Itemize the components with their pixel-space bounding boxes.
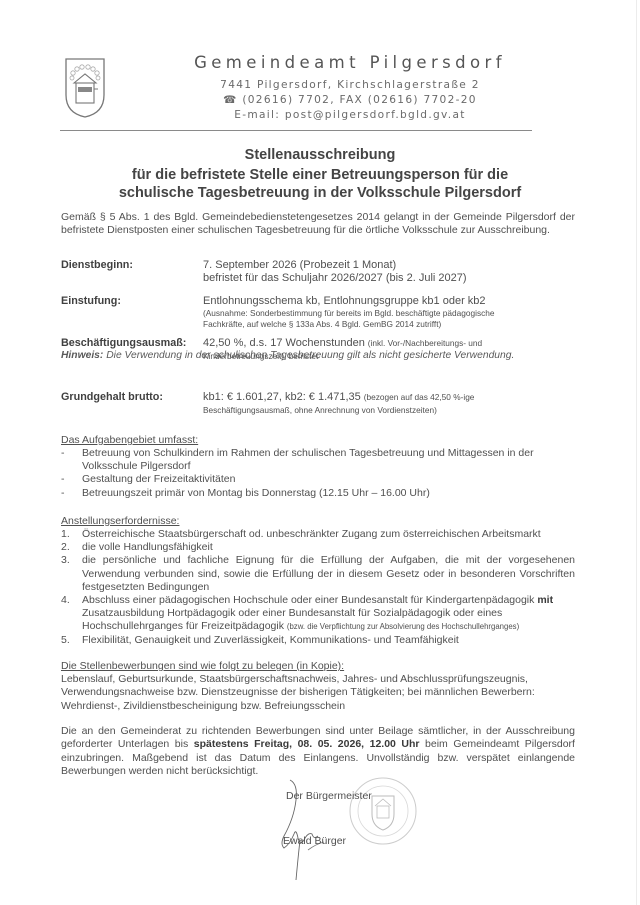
document-title: Stellenausschreibung [60, 147, 580, 163]
requirement-text: Abschluss einer pädagogischen Hochschule… [82, 594, 534, 606]
tasks-heading: Das Aufgabengebiet umfasst: [61, 434, 198, 446]
start-label: Dienstbeginn: [61, 259, 133, 272]
dash-bullet: - [61, 487, 65, 500]
subtitle-line-2: schulische Tagesbetreuung in der Volkssc… [60, 184, 580, 202]
requirement-item: 2.die volle Handlungsfähigkeit [61, 541, 575, 554]
salary-label: Grundgehalt brutto: [61, 391, 163, 404]
requirement-item: 5.Flexibilität, Genauigkeit und Zuverläs… [61, 634, 575, 647]
requirement-number: 2. [61, 541, 70, 554]
phone-icon: ☎ [223, 94, 238, 106]
requirements-heading: Anstellungserfordernisse: [61, 515, 179, 527]
letterhead-email[interactable]: E-mail: post@pilgersdorf.bgld.gv.at [150, 109, 550, 121]
requirement-emphasis: mit [537, 594, 553, 606]
documents-text: Lebenslauf, Geburtsurkunde, Staatsbürger… [61, 673, 575, 713]
requirement-number: 3. [61, 554, 70, 567]
requirement-item: 4.Abschluss einer pädagogischen Hochschu… [61, 594, 575, 634]
documents-heading: Die Stellenbewerbungen sind wie folgt zu… [61, 660, 344, 672]
submission-paragraph: Die an den Gemeinderat zu richtenden Bew… [61, 725, 575, 779]
grade-label: Einstufung: [61, 295, 121, 308]
signature-role: Der Bürgermeister [286, 790, 372, 802]
phone-number: (02616) 7702, FAX (02616) 7702-20 [242, 94, 477, 106]
requirement-text: Flexibilität, Genauigkeit und Zuverlässi… [82, 634, 459, 646]
requirement-number: 1. [61, 528, 70, 541]
hint-label: Hinweis: [61, 350, 103, 361]
hint-note: Hinweis: Die Verwendung in der schulisch… [61, 350, 514, 361]
grade-main: Entlohnungsschema kb, Entlohnungsgruppe … [203, 295, 575, 308]
start-value: 7. September 2026 (Probezeit 1 Monat) be… [203, 259, 575, 285]
submission-deadline: spätestens Freitag, 08. 05. 2026, 12.00 … [194, 738, 420, 750]
start-line-2: befristet für das Schuljahr 2026/2027 (b… [203, 272, 575, 285]
task-item: -Betreuung von Schulkindern im Rahmen de… [61, 447, 575, 473]
requirements-list: 1.Österreichische Staatsbürgerschaft od.… [61, 528, 575, 647]
dash-bullet: - [61, 447, 65, 460]
requirement-number: 5. [61, 634, 70, 647]
letterhead-phone: ☎ (02616) 7702, FAX (02616) 7702-20 [150, 94, 550, 106]
grade-value: Entlohnungsschema kb, Entlohnungsgruppe … [203, 295, 575, 330]
requirement-number: 4. [61, 594, 70, 607]
requirement-item: 1.Österreichische Staatsbürgerschaft od.… [61, 528, 575, 541]
official-seal-stamp-icon [348, 776, 418, 846]
requirement-text: die persönliche und fachliche Eignung fü… [82, 554, 575, 592]
dash-bullet: - [61, 473, 65, 486]
task-text: Gestaltung der Freizeitaktivitäten [82, 473, 236, 485]
signature-name: Ewald Bürger [283, 835, 346, 847]
task-text: Betreuung von Schulkindern im Rahmen der… [82, 447, 534, 472]
hint-text: Die Verwendung in der schulischen Tagesb… [106, 350, 514, 361]
tasks-list: -Betreuung von Schulkindern im Rahmen de… [61, 447, 575, 500]
requirement-text: Österreichische Staatsbürgerschaft od. u… [82, 528, 541, 540]
grade-note: (Ausnahme: Sonderbestimmung für bereits … [203, 308, 503, 330]
subtitle-line-1: für die befristete Stelle einer Betreuun… [60, 166, 580, 184]
salary-main: kb1: € 1.601,27, kb2: € 1.471,35 [203, 391, 361, 403]
task-text: Betreuungszeit primär von Montag bis Don… [82, 487, 430, 499]
letterhead-address: 7441 Pilgersdorf, Kirchschlagerstraße 2 [150, 79, 550, 91]
extent-label: Beschäftigungsausmaß: [61, 337, 186, 350]
intro-paragraph: Gemäß § 5 Abs. 1 des Bgld. Gemeindebedie… [61, 211, 575, 238]
task-item: -Gestaltung der Freizeitaktivitäten [61, 473, 575, 486]
municipal-coat-of-arms-icon [64, 57, 106, 119]
extent-main: 42,50 %, d.s. 17 Wochenstunden [203, 337, 365, 349]
start-line-1: 7. September 2026 (Probezeit 1 Monat) [203, 259, 575, 272]
document-subtitle: für die befristete Stelle einer Betreuun… [60, 166, 580, 202]
requirement-item: 3.die persönliche und fachliche Eignung … [61, 554, 575, 594]
page-edge [636, 0, 637, 905]
letterhead-title: Gemeindeamt Pilgersdorf [150, 53, 550, 72]
requirement-text: die volle Handlungsfähigkeit [82, 541, 213, 553]
requirement-note: (bzw. die Verpflichtung zur Absolvierung… [287, 622, 519, 631]
header-divider [60, 130, 532, 131]
task-item: -Betreuungszeit primär von Montag bis Do… [61, 487, 575, 500]
salary-value: kb1: € 1.601,27, kb2: € 1.471,35 (bezoge… [203, 391, 533, 417]
